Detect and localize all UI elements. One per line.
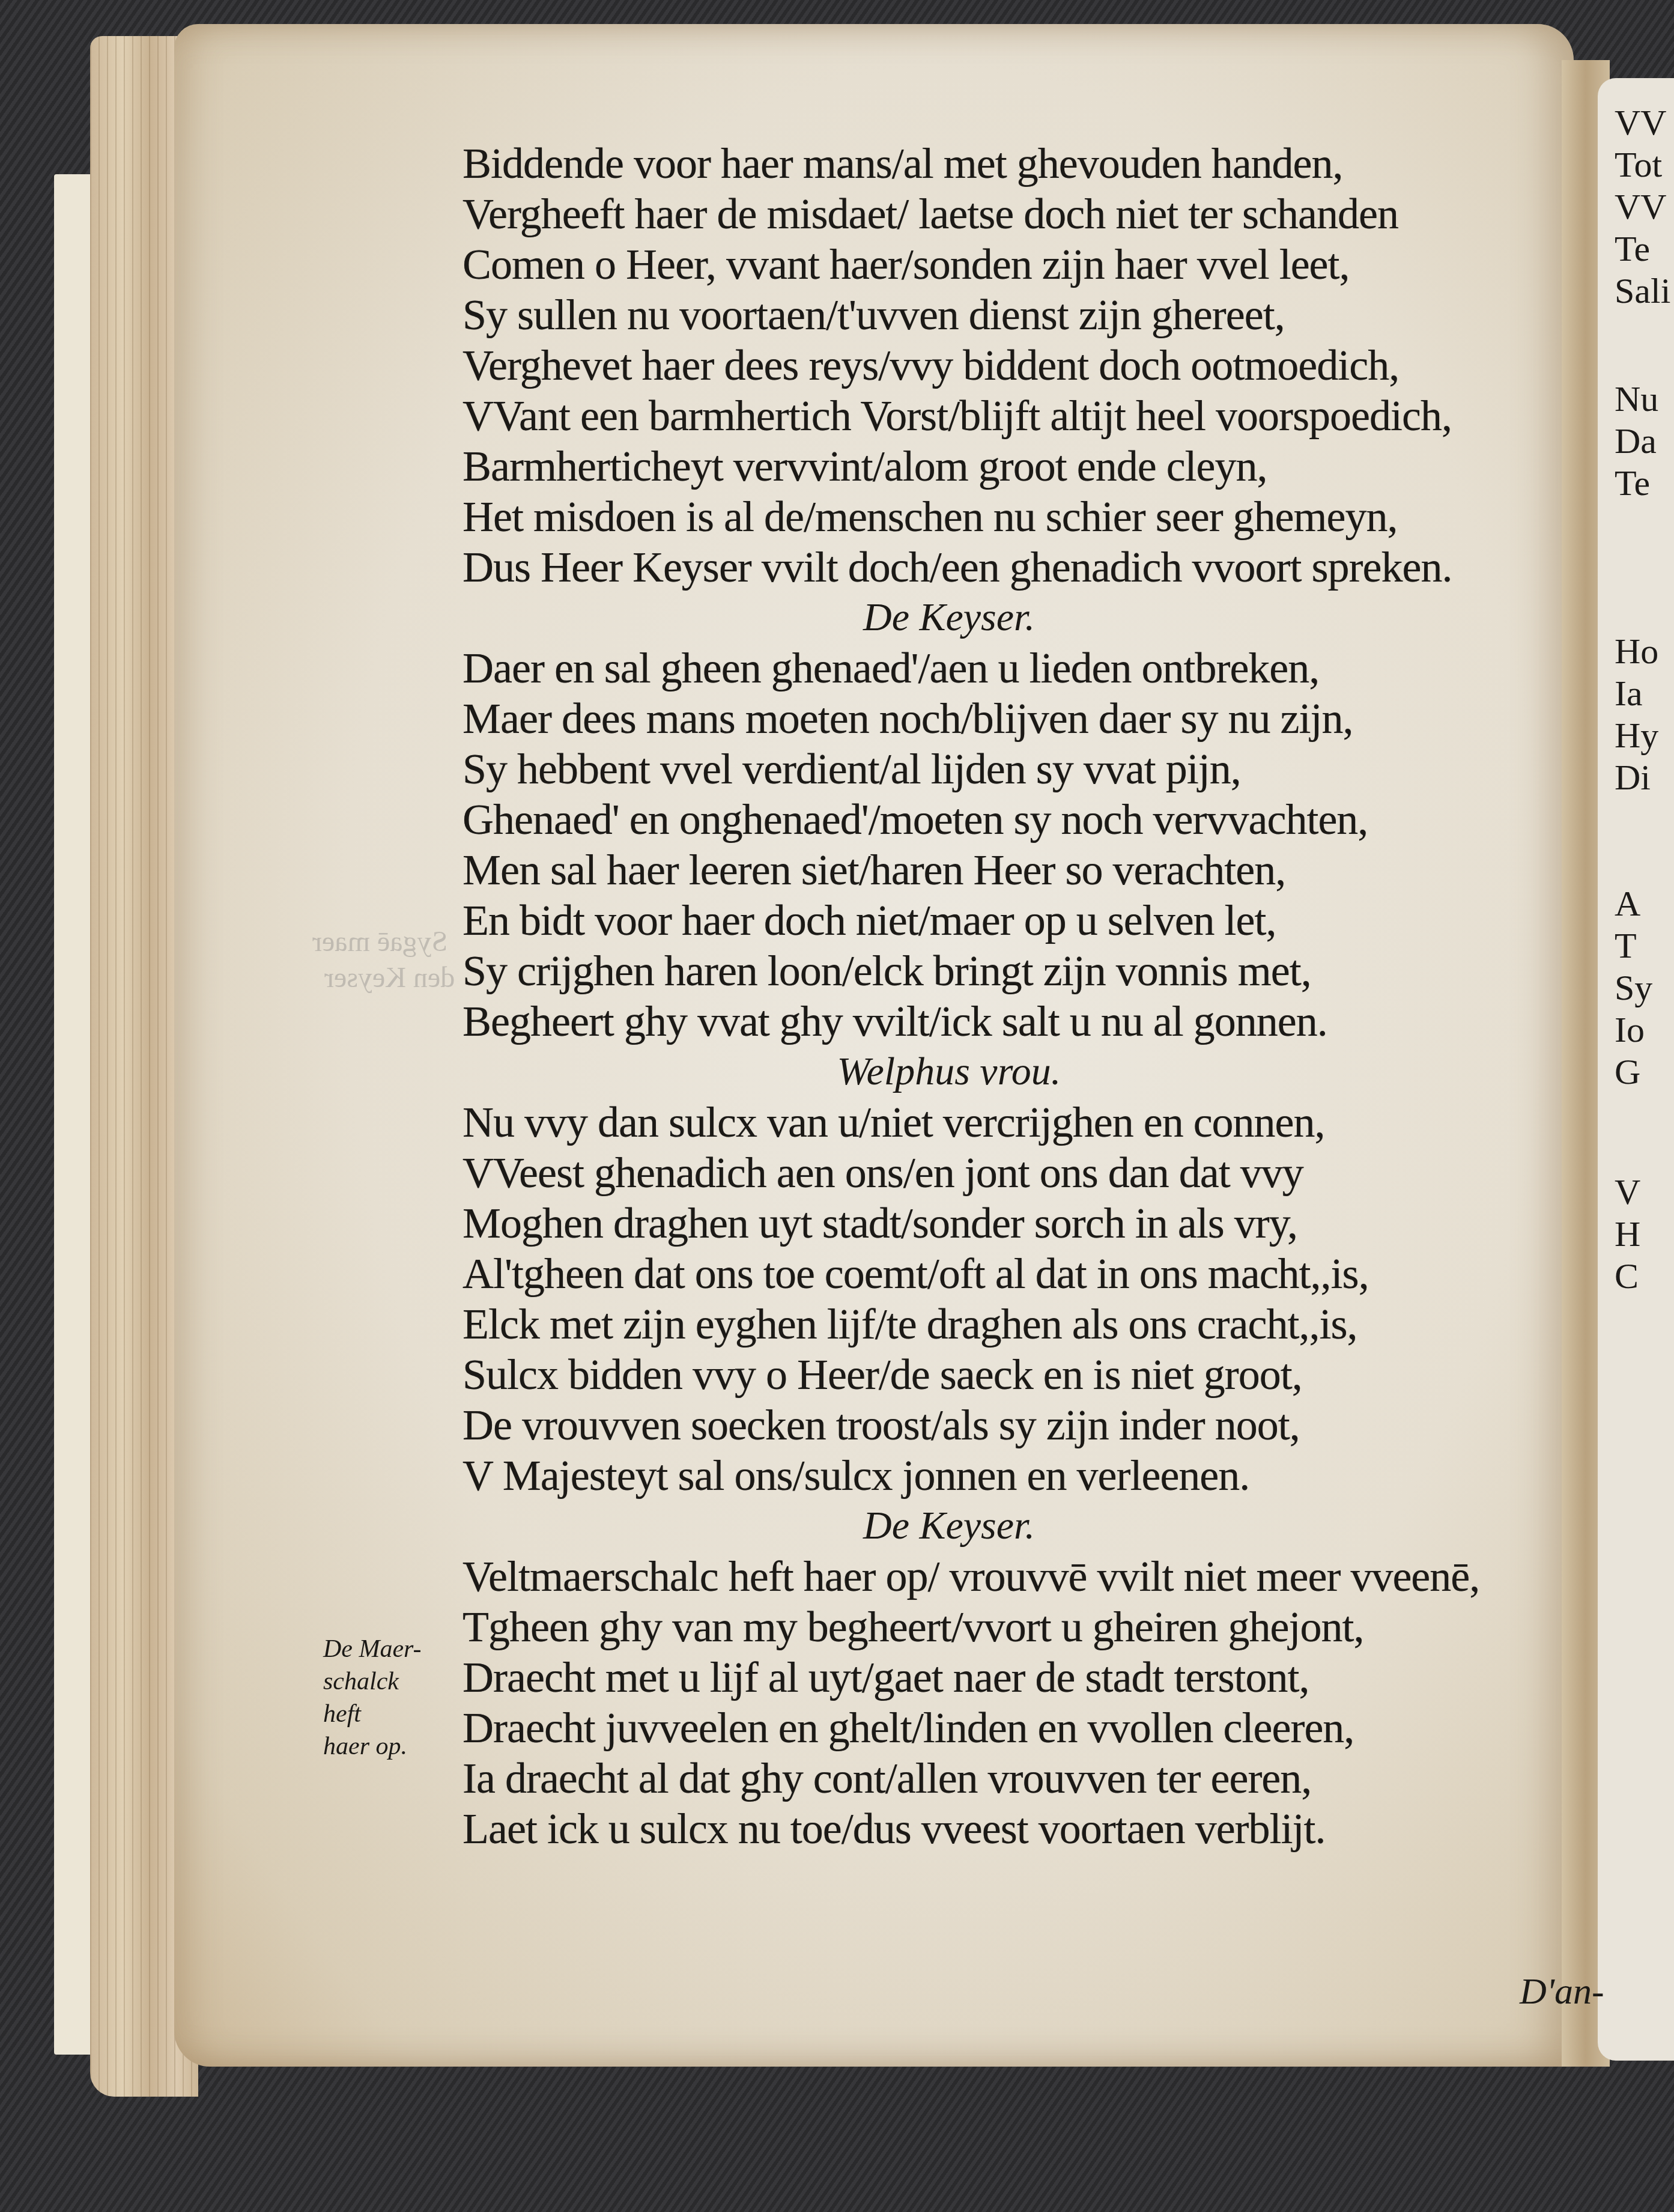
verse-line: Sy crijghen haren loon/elck bringt zijn … [462,946,1604,996]
verse-line: Begheert ghy vvat ghy vvilt/ick salt u n… [462,996,1604,1047]
verse-line: V Majesteyt sal ons/sulcx jonnen en verl… [462,1450,1604,1501]
marginal-note-line: schalck heft [323,1665,437,1730]
catchword: D'an- [1520,1970,1604,2013]
verse-line: Moghen draghen uyt stadt/sonder sorch in… [462,1198,1604,1248]
verse-line: Ghenaed' en onghenaed'/moeten sy noch ve… [462,794,1604,845]
facing-page-fragment: Di [1615,757,1651,798]
verse-line: Dus Heer Keyser vvilt doch/een ghenadich… [462,542,1604,592]
verse-line: Elck met zijn eyghen lijf/te draghen als… [462,1299,1604,1349]
facing-page-fragment: Te [1615,463,1650,504]
verse-line: Biddende voor haer mans/al met ghevouden… [462,138,1604,189]
show-through-text: Sygaē maer [312,925,447,958]
facing-page-fragment: H [1615,1214,1640,1255]
verse-line: Daer en sal gheen ghenaed'/aen u lieden … [462,643,1604,693]
facing-page-fragment: VV [1615,102,1667,144]
verse-line: Men sal haer leeren siet/haren Heer so v… [462,845,1604,895]
marginal-note: De Maer- schalck heft haer op. [323,1633,437,1763]
facing-page-fragment: Sy [1615,967,1652,1009]
facing-page-fragment: VV [1615,186,1667,228]
facing-page-fragment: Hy [1615,715,1658,756]
verse-line: Laet ick u sulcx nu toe/dus vveest voort… [462,1803,1604,1854]
verse-line: Sy hebbent vvel verdient/al lijden sy vv… [462,744,1604,794]
verse-line: VVeest ghenadich aen ons/en jont ons dan… [462,1147,1604,1198]
verse-line: En bidt voor haer doch niet/maer op u se… [462,895,1604,946]
verse-line: Barmherticheyt vervvint/alom groot ende … [462,441,1604,491]
facing-page-fragment: Tot [1615,144,1662,186]
facing-page-fragment: T [1615,925,1637,967]
verse-line: Draecht juvveelen en ghelt/linden en vvo… [462,1703,1604,1753]
verse-line: Veltmaerschalc heft haer op/ vrouvvē vvi… [462,1551,1604,1602]
marginal-note-line: De Maer- [323,1633,437,1665]
text-block: Biddende voor haer mans/al met ghevouden… [462,138,1604,1854]
facing-page-fragment: Ho [1615,631,1658,672]
facing-page-fragment: Da [1615,421,1657,462]
verse-line: VVant een barmhertich Vorst/blijft altij… [462,390,1604,441]
verse-line: Verghevet haer dees reys/vvy biddent doc… [462,340,1604,390]
verse-line: Draecht met u lijf al uyt/gaet naer de s… [462,1652,1604,1703]
facing-page-fragment: A [1615,883,1640,925]
facing-page-fragment: G [1615,1051,1640,1093]
facing-page-fragment: Io [1615,1009,1645,1051]
facing-page-fragment: V [1615,1171,1640,1213]
speaker-heading: De Keyser. [462,592,1400,643]
verse-line: Vergheeft haer de misdaet/ laetse doch n… [462,189,1604,239]
facing-page-fragment: Nu [1615,378,1658,420]
verse-line: Sy sullen nu voortaen/t'uvven dienst zij… [462,290,1604,340]
facing-page-fragment: Te [1615,228,1650,270]
verse-line: Nu vvy dan sulcx van u/niet vercrijghen … [462,1097,1604,1147]
facing-page: VVTotVVTeSaliNuDaTeHoIaHyDiATSyIoGVHC [1598,78,1674,2061]
verse-line: Comen o Heer, vvant haer/sonden zijn hae… [462,239,1604,290]
verse-line: Tgheen ghy van my begheert/vvort u gheir… [462,1602,1604,1652]
verse-line: Maer dees mans moeten noch/blijven daer … [462,693,1604,744]
verse-line: De vrouvven soecken troost/als sy zijn i… [462,1400,1604,1450]
speaker-heading: De Keyser. [462,1501,1400,1551]
verse-line: Het misdoen is al de/menschen nu schier … [462,491,1604,542]
speaker-heading: Welphus vrou. [462,1047,1400,1097]
verse-line: Al'tgheen dat ons toe coemt/oft al dat i… [462,1248,1604,1299]
facing-page-fragment: Sali [1615,270,1670,312]
facing-page-fragment: Ia [1615,673,1643,714]
marginal-note-line: haer op. [323,1730,437,1763]
verse-line: Ia draecht al dat ghy cont/allen vrouvve… [462,1753,1604,1803]
facing-page-fragment: C [1615,1256,1639,1297]
verse-line: Sulcx bidden vvy o Heer/de saeck en is n… [462,1349,1604,1400]
show-through-text: den Keyser [324,961,455,994]
